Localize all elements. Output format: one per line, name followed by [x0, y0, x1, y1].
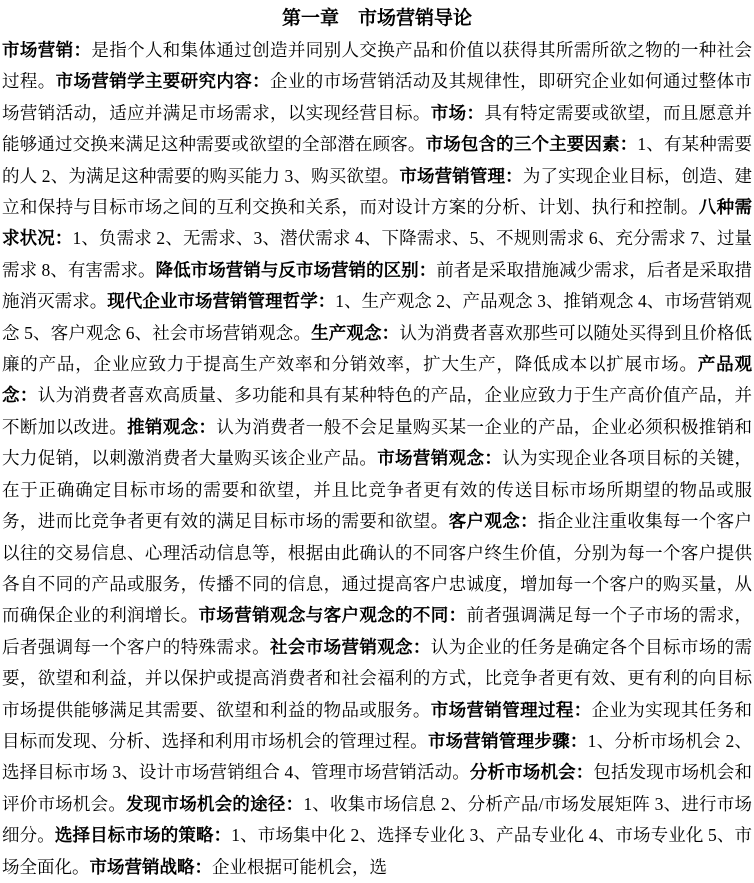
term-label: 生产观念：: [311, 323, 399, 343]
term-label: 现代企业市场营销管理哲学：: [107, 291, 335, 311]
term-label: 市场营销观念与客户观念的不同：: [199, 605, 467, 625]
document-title: 第一章 市场营销导论: [2, 5, 752, 33]
term-label: 分析市场机会：: [470, 762, 594, 782]
term-label: 发现市场机会的途径：: [126, 794, 303, 814]
term-label: 选择目标市场的策略：: [55, 825, 231, 845]
document-body: 市场营销：是指个人和集体通过创造并同别人交换产品和价值以获得其所需所欲之物的一种…: [2, 35, 752, 883]
term-label: 市场：: [431, 103, 485, 123]
term-label: 市场营销管理：: [399, 166, 523, 186]
definition-text: 企业根据可能机会，选: [212, 857, 387, 877]
term-label: 市场包含的三个主要因素：: [426, 134, 638, 154]
term-label: 市场营销学主要研究内容：: [56, 71, 270, 91]
term-label: 市场营销战略：: [90, 857, 213, 877]
document-page: 第一章 市场营销导论 市场营销：是指个人和集体通过创造并同别人交换产品和价值以获…: [0, 0, 754, 883]
term-label: 降低市场营销与反市场营销的区别：: [156, 260, 437, 280]
term-label: 客户观念：: [449, 511, 538, 531]
term-label: 市场营销：: [2, 40, 91, 60]
term-label: 市场营销管理过程：: [431, 700, 592, 720]
term-label: 市场营销观念：: [377, 448, 502, 468]
term-label: 社会市场营销观念：: [270, 637, 431, 657]
term-label: 推销观念：: [127, 417, 216, 437]
term-label: 市场营销管理步骤：: [428, 731, 588, 751]
